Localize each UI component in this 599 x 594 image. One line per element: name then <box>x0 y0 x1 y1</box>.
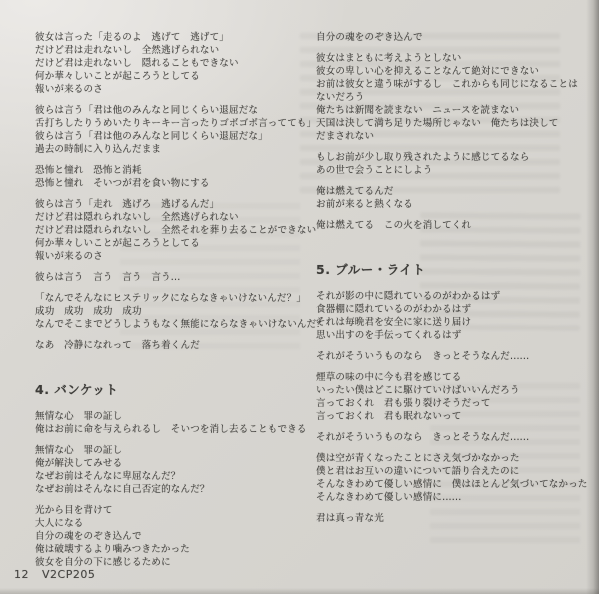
lyric-line: 何か華々しいことが起ころうとしてる <box>35 70 320 83</box>
catalog-number: V2CP205 <box>42 568 95 581</box>
lyric-line: 成功 成功 成功 成功 <box>35 305 320 318</box>
lyric-block: 光から目を背けて大人になる自分の魂をのぞき込んで俺は破壊するより噛みつきたかった… <box>35 504 320 569</box>
lyric-line: 報いが来るのさ <box>35 83 320 96</box>
lyric-line: それが影の中に隠れているのがわかるはず <box>316 290 594 303</box>
lyric-line: お前は彼女と違う味がするし これからも同じになることは <box>316 78 594 91</box>
lyric-line: 俺が解決してみせる <box>35 457 320 470</box>
lyric-line: 無情な心 罪の証し <box>35 444 320 457</box>
lyric-line: それがそういうものなら きっとそうなんだ...... <box>316 431 594 444</box>
lyric-line: 「なんでそんなにヒステリックにならなきゃいけないんだ？」 <box>35 292 320 305</box>
song-title: 4. バンケット <box>35 382 320 398</box>
lyric-line: そんなきわめて優しい感情に...... <box>316 491 594 504</box>
lyric-line: だけど君は隠れられないし 全然逃げられない <box>35 211 320 224</box>
lyric-block: なあ 冷静になれって 落ち着くんだ <box>35 339 320 352</box>
lyric-line: 言っておくれ 君も眠れないって <box>316 410 594 423</box>
song-heading-block: 4. バンケット <box>35 382 320 398</box>
lyric-block: 煙草の味の中に今も君を感じてるいったい僕はどこに駆けていけばいいんだろう言ってお… <box>316 371 594 423</box>
lyric-line: それは毎晩君を安全に家に送り届け <box>316 316 594 329</box>
lyric-line: なんでそこまでどうしようもなく無能にならなきゃいけないんだ？ <box>35 318 320 331</box>
lyric-line: なあ 冷静になれって 落ち着くんだ <box>35 339 320 352</box>
lyric-block: 彼らは言う「走れ 逃げろ 逃げるんだ」だけど君は隠れられないし 全然逃げられない… <box>35 198 320 263</box>
lyric-block: 僕は空が青くなったことにさえ気づかなかった僕と君はお互いの違いについて語り合えた… <box>316 452 594 504</box>
lyric-line: 天国は決して満ち足りた場所じゃない 俺たちは決して <box>316 117 594 130</box>
lyric-block: もしお前が少し取り残されたように感じてるならあの世で会うことにしよう <box>316 151 594 177</box>
lyric-line: あの世で会うことにしよう <box>316 164 594 177</box>
lyric-block: 自分の魂をのぞき込んで <box>316 31 594 44</box>
lyric-block: 彼女はまともに考えようとしない彼女の卑しい心を抑えることなんて絶対にできないお前… <box>316 52 594 143</box>
lyric-line: 何か華々しいことが起ころうとしてる <box>35 237 320 250</box>
lyric-line: 煙草の味の中に今も君を感じてる <box>316 371 594 384</box>
lyric-line: 言っておくれ 君も張り裂けそうだって <box>316 397 594 410</box>
lyric-line: お前が来ると熱くなる <box>316 198 594 211</box>
lyric-block: 無情な心 罪の証し俺が解決してみせるなぜお前はそんなに卑屈なんだ？なぜお前はそん… <box>35 444 320 496</box>
lyric-block: 俺は燃えてる この火を消してくれ <box>316 219 594 232</box>
page-footer: 12 V2CP205 <box>14 568 95 581</box>
lyric-line: 彼らは言う「君は他のみんなと同じくらい退屈だな」 <box>35 130 320 143</box>
lyrics-right-column: 自分の魂をのぞき込んで彼女はまともに考えようとしない彼女の卑しい心を抑えることな… <box>316 31 594 533</box>
lyric-line: 恐怖と憧れ そいつが君を食い物にする <box>35 177 320 190</box>
lyric-block: それがそういうものなら きっとそうなんだ...... <box>316 431 594 444</box>
lyric-line: なぜお前はそんなに卑屈なんだ？ <box>35 470 320 483</box>
lyric-line: そんなきわめて優しい感情に 僕はほとんど気づいてなかった <box>316 478 594 491</box>
lyric-line: 自分の魂をのぞき込んで <box>316 31 594 44</box>
lyric-line: 彼女の卑しい心を抑えることなんて絶対にできない <box>316 65 594 78</box>
lyric-line: 彼女は言った「走るのよ 逃げて 逃げて」 <box>35 31 320 44</box>
lyric-line: 彼らは言う「君は他のみんなと同じくらい退屈だな <box>35 104 320 117</box>
lyric-line: だけど君は走れないし 隠れることもできない <box>35 57 320 70</box>
lyric-line: 僕は空が青くなったことにさえ気づかなかった <box>316 452 594 465</box>
lyric-block: 恐怖と憧れ 恐怖と消耗恐怖と憧れ そいつが君を食い物にする <box>35 164 320 190</box>
lyrics-left-column: 彼女は言った「走るのよ 逃げて 逃げて」だけど君は走れないし 全然逃げられないだ… <box>35 31 320 577</box>
song-heading-block: 5. ブルー・ライト <box>316 262 594 278</box>
page-edge-shadow-right <box>586 0 599 594</box>
lyric-line: なぜお前はそんなに自己否定的なんだ？ <box>35 483 320 496</box>
lyric-block: 「なんでそんなにヒステリックにならなきゃいけないんだ？」成功 成功 成功 成功な… <box>35 292 320 331</box>
lyric-line: ないだろう <box>316 91 594 104</box>
lyric-line: 過去の時制に入り込んだまま <box>35 143 320 156</box>
lyric-block: 無情な心 罪の証し俺はお前に命を与えられるし そいつを消し去ることもできる <box>35 410 320 436</box>
lyric-line: だけど君は隠れられないし 全然それを葬り去ることができない <box>35 224 320 237</box>
lyric-block: 彼らは言う 言う 言う 言う... <box>35 271 320 284</box>
song-title: 5. ブルー・ライト <box>316 262 594 278</box>
lyric-line: もしお前が少し取り残されたように感じてるなら <box>316 151 594 164</box>
lyric-line: 食器棚に隠れているのがわかるはず <box>316 303 594 316</box>
lyric-line: 報いが来るのさ <box>35 250 320 263</box>
lyric-block: 彼らは言う「君は他のみんなと同じくらい退屈だな舌打ちしたりうめいたりキーキー言っ… <box>35 104 320 156</box>
lyric-block: 君は真っ青な光 <box>316 512 594 525</box>
lyric-line: 自分の魂をのぞき込んで <box>35 530 320 543</box>
lyric-line: 舌打ちしたりうめいたりキーキー言ったりゴボゴボ言ってても」 <box>35 117 320 130</box>
lyric-line: 君は真っ青な光 <box>316 512 594 525</box>
lyric-line: 俺は燃えてるんだ <box>316 185 594 198</box>
lyric-line: 思い出すのを手伝ってくれるはず <box>316 329 594 342</box>
lyric-line: 俺は破壊するより噛みつきたかった <box>35 543 320 556</box>
lyric-line: 俺はお前に命を与えられるし そいつを消し去ることもできる <box>35 423 320 436</box>
lyric-line: 無情な心 罪の証し <box>35 410 320 423</box>
lyric-line: 僕と君はお互いの違いについて語り合えたのに <box>316 465 594 478</box>
lyric-line: 彼女はまともに考えようとしない <box>316 52 594 65</box>
lyric-line: 彼らは言う「走れ 逃げろ 逃げるんだ」 <box>35 198 320 211</box>
page-number: 12 <box>14 568 29 581</box>
page-edge-shadow-bottom <box>0 588 599 594</box>
lyric-block: 俺は燃えてるんだお前が来ると熱くなる <box>316 185 594 211</box>
lyric-block: 彼女は言った「走るのよ 逃げて 逃げて」だけど君は走れないし 全然逃げられないだ… <box>35 31 320 96</box>
lyric-block: それがそういうものなら きっとそうなんだ...... <box>316 350 594 363</box>
lyric-line: だまされない <box>316 130 594 143</box>
lyric-line: 俺は燃えてる この火を消してくれ <box>316 219 594 232</box>
lyric-line: 光から目を背けて <box>35 504 320 517</box>
lyric-line: 俺たちは新聞を読まない ニュースを読まない <box>316 104 594 117</box>
lyric-block: それが影の中に隠れているのがわかるはず食器棚に隠れているのがわかるはずそれは毎晩… <box>316 290 594 342</box>
lyric-line: 彼らは言う 言う 言う 言う... <box>35 271 320 284</box>
lyric-line: だけど君は走れないし 全然逃げられない <box>35 44 320 57</box>
booklet-page: 彼女は言った「走るのよ 逃げて 逃げて」だけど君は走れないし 全然逃げられないだ… <box>0 0 599 594</box>
lyric-line: それがそういうものなら きっとそうなんだ...... <box>316 350 594 363</box>
lyric-line: いったい僕はどこに駆けていけばいいんだろう <box>316 384 594 397</box>
lyric-line: 恐怖と憧れ 恐怖と消耗 <box>35 164 320 177</box>
lyric-line: 大人になる <box>35 517 320 530</box>
